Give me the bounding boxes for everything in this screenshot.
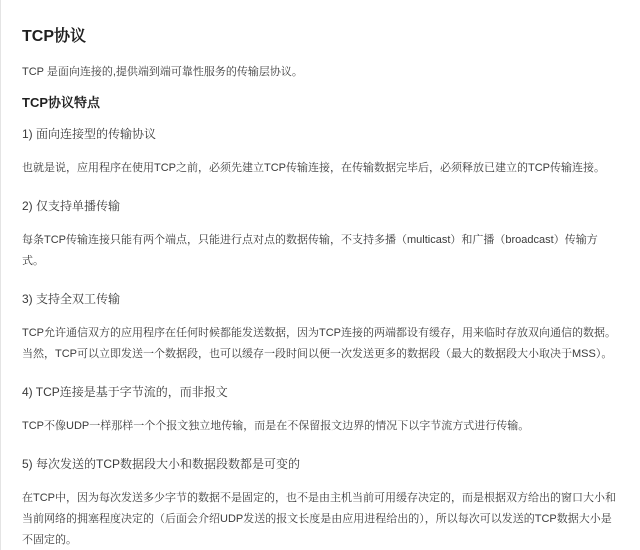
feature-item: 5) 每次发送的TCP数据段大小和数据段数都是可变的 在TCP中，因为每次发送多…: [22, 454, 619, 550]
intro-paragraph: TCP 是面向连接的,提供端到端可靠性服务的传输层协议。: [22, 62, 619, 82]
feature-heading: 1) 面向连接型的传输协议: [22, 124, 619, 144]
article-page: TCP协议 TCP 是面向连接的,提供端到端可靠性服务的传输层协议。 TCP协议…: [0, 0, 640, 550]
feature-body: TCP不像UDP一样那样一个个报文独立地传输，而是在不保留报文边界的情况下以字节…: [22, 416, 619, 437]
feature-body: 也就是说，应用程序在使用TCP之前，必须先建立TCP传输连接，在传输数据完毕后，…: [22, 158, 619, 179]
feature-heading: 3) 支持全双工传输: [22, 289, 619, 309]
feature-item: 3) 支持全双工传输 TCP允许通信双方的应用程序在任何时候都能发送数据，因为T…: [22, 289, 619, 365]
feature-body: 每条TCP传输连接只能有两个端点，只能进行点对点的数据传输，不支持多播（mult…: [22, 230, 619, 272]
feature-heading: 4) TCP连接是基于字节流的，而非报文: [22, 382, 619, 402]
feature-body: TCP允许通信双方的应用程序在任何时候都能发送数据，因为TCP连接的两端都设有缓…: [22, 323, 619, 365]
feature-item: 1) 面向连接型的传输协议 也就是说，应用程序在使用TCP之前，必须先建立TCP…: [22, 124, 619, 179]
feature-item: 4) TCP连接是基于字节流的，而非报文 TCP不像UDP一样那样一个个报文独立…: [22, 382, 619, 437]
feature-heading: 2) 仅支持单播传输: [22, 196, 619, 216]
feature-body: 在TCP中，因为每次发送多少字节的数据不是固定的，也不是由主机当前可用缓存决定的…: [22, 488, 619, 550]
page-title: TCP协议: [22, 27, 619, 47]
section-heading: TCP协议特点: [22, 94, 619, 112]
feature-heading: 5) 每次发送的TCP数据段大小和数据段数都是可变的: [22, 454, 619, 474]
feature-item: 2) 仅支持单播传输 每条TCP传输连接只能有两个端点，只能进行点对点的数据传输…: [22, 196, 619, 272]
